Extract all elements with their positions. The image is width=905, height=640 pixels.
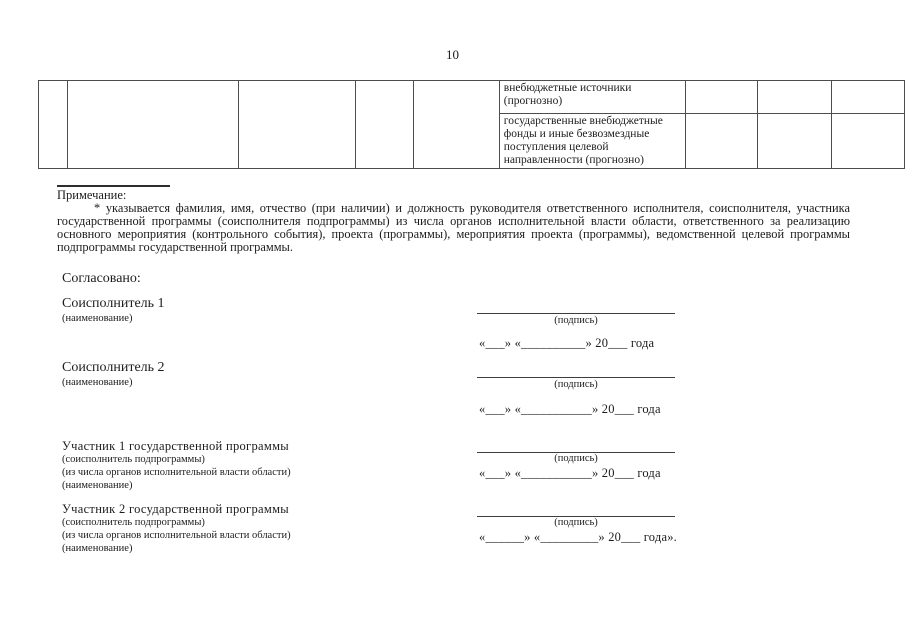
signatory-sublabel: (соисполнитель подпрограммы) (62, 516, 205, 529)
date-line: «___» «___________» 20___ года (479, 466, 661, 481)
signature-line (477, 313, 675, 314)
signatory-block-coexecutor-2: Соисполнитель 2 (наименование) (подпись)… (0, 360, 905, 420)
table-cell-empty (356, 81, 414, 169)
signatory-title: Соисполнитель 2 (62, 360, 165, 376)
table-cell-empty (831, 114, 904, 169)
page-number: 10 (0, 47, 905, 63)
table-cell-empty (39, 81, 68, 169)
signatory-block-participant-1: Участник 1 государственной программы (со… (0, 439, 905, 499)
signatory-title: Участник 2 государственной программы (62, 502, 289, 517)
footnote-separator (57, 185, 170, 187)
table-cell-empty (685, 114, 757, 169)
table-cell-empty (758, 81, 831, 114)
table-cell-source-extrabudget: внебюджетные источники (прогнозно) (499, 81, 685, 114)
funding-sources-table: внебюджетные источники (прогнозно) госуд… (38, 80, 905, 169)
date-line: «___» «__________» 20___ года (479, 336, 654, 351)
signature-caption: (подпись) (477, 517, 675, 528)
table-cell-empty (239, 81, 356, 169)
table-cell-empty (68, 81, 239, 169)
signature-line (477, 377, 675, 378)
signatory-title: Соисполнитель 1 (62, 296, 165, 312)
signatory-sublabel: (из числа органов исполнительной власти … (62, 529, 291, 542)
note-body: * указывается фамилия, имя, отчество (пр… (57, 202, 850, 254)
table-cell-empty (685, 81, 757, 114)
signature-caption: (подпись) (477, 315, 675, 326)
table-cell-empty (758, 114, 831, 169)
document-page: { "page_number": "10", "table": { "row1_… (0, 0, 905, 640)
table-cell-empty (831, 81, 904, 114)
signatory-title: Участник 1 государственной программы (62, 439, 289, 454)
signature-caption: (подпись) (477, 379, 675, 390)
signatory-sublabel: (наименование) (62, 542, 132, 555)
signatory-sublabel: (соисполнитель подпрограммы) (62, 453, 205, 466)
signature-caption: (подпись) (477, 453, 675, 464)
signatory-sublabel: (наименование) (62, 376, 132, 389)
signatory-block-participant-2: Участник 2 государственной программы (со… (0, 502, 905, 562)
signatory-sublabel: (наименование) (62, 479, 132, 492)
date-line: «___» «___________» 20___ года (479, 402, 661, 417)
signatory-block-coexecutor-1: Соисполнитель 1 (наименование) (подпись)… (0, 296, 905, 356)
table-cell-source-state-funds: государственные внебюджетные фонды и ины… (499, 114, 685, 169)
signatory-sublabel: (из числа органов исполнительной власти … (62, 466, 291, 479)
signatory-sublabel: (наименование) (62, 312, 132, 325)
agreed-label: Согласовано: (62, 271, 141, 287)
table-cell-empty (413, 81, 499, 169)
date-line: «______» «_________» 20___ года». (479, 530, 677, 545)
